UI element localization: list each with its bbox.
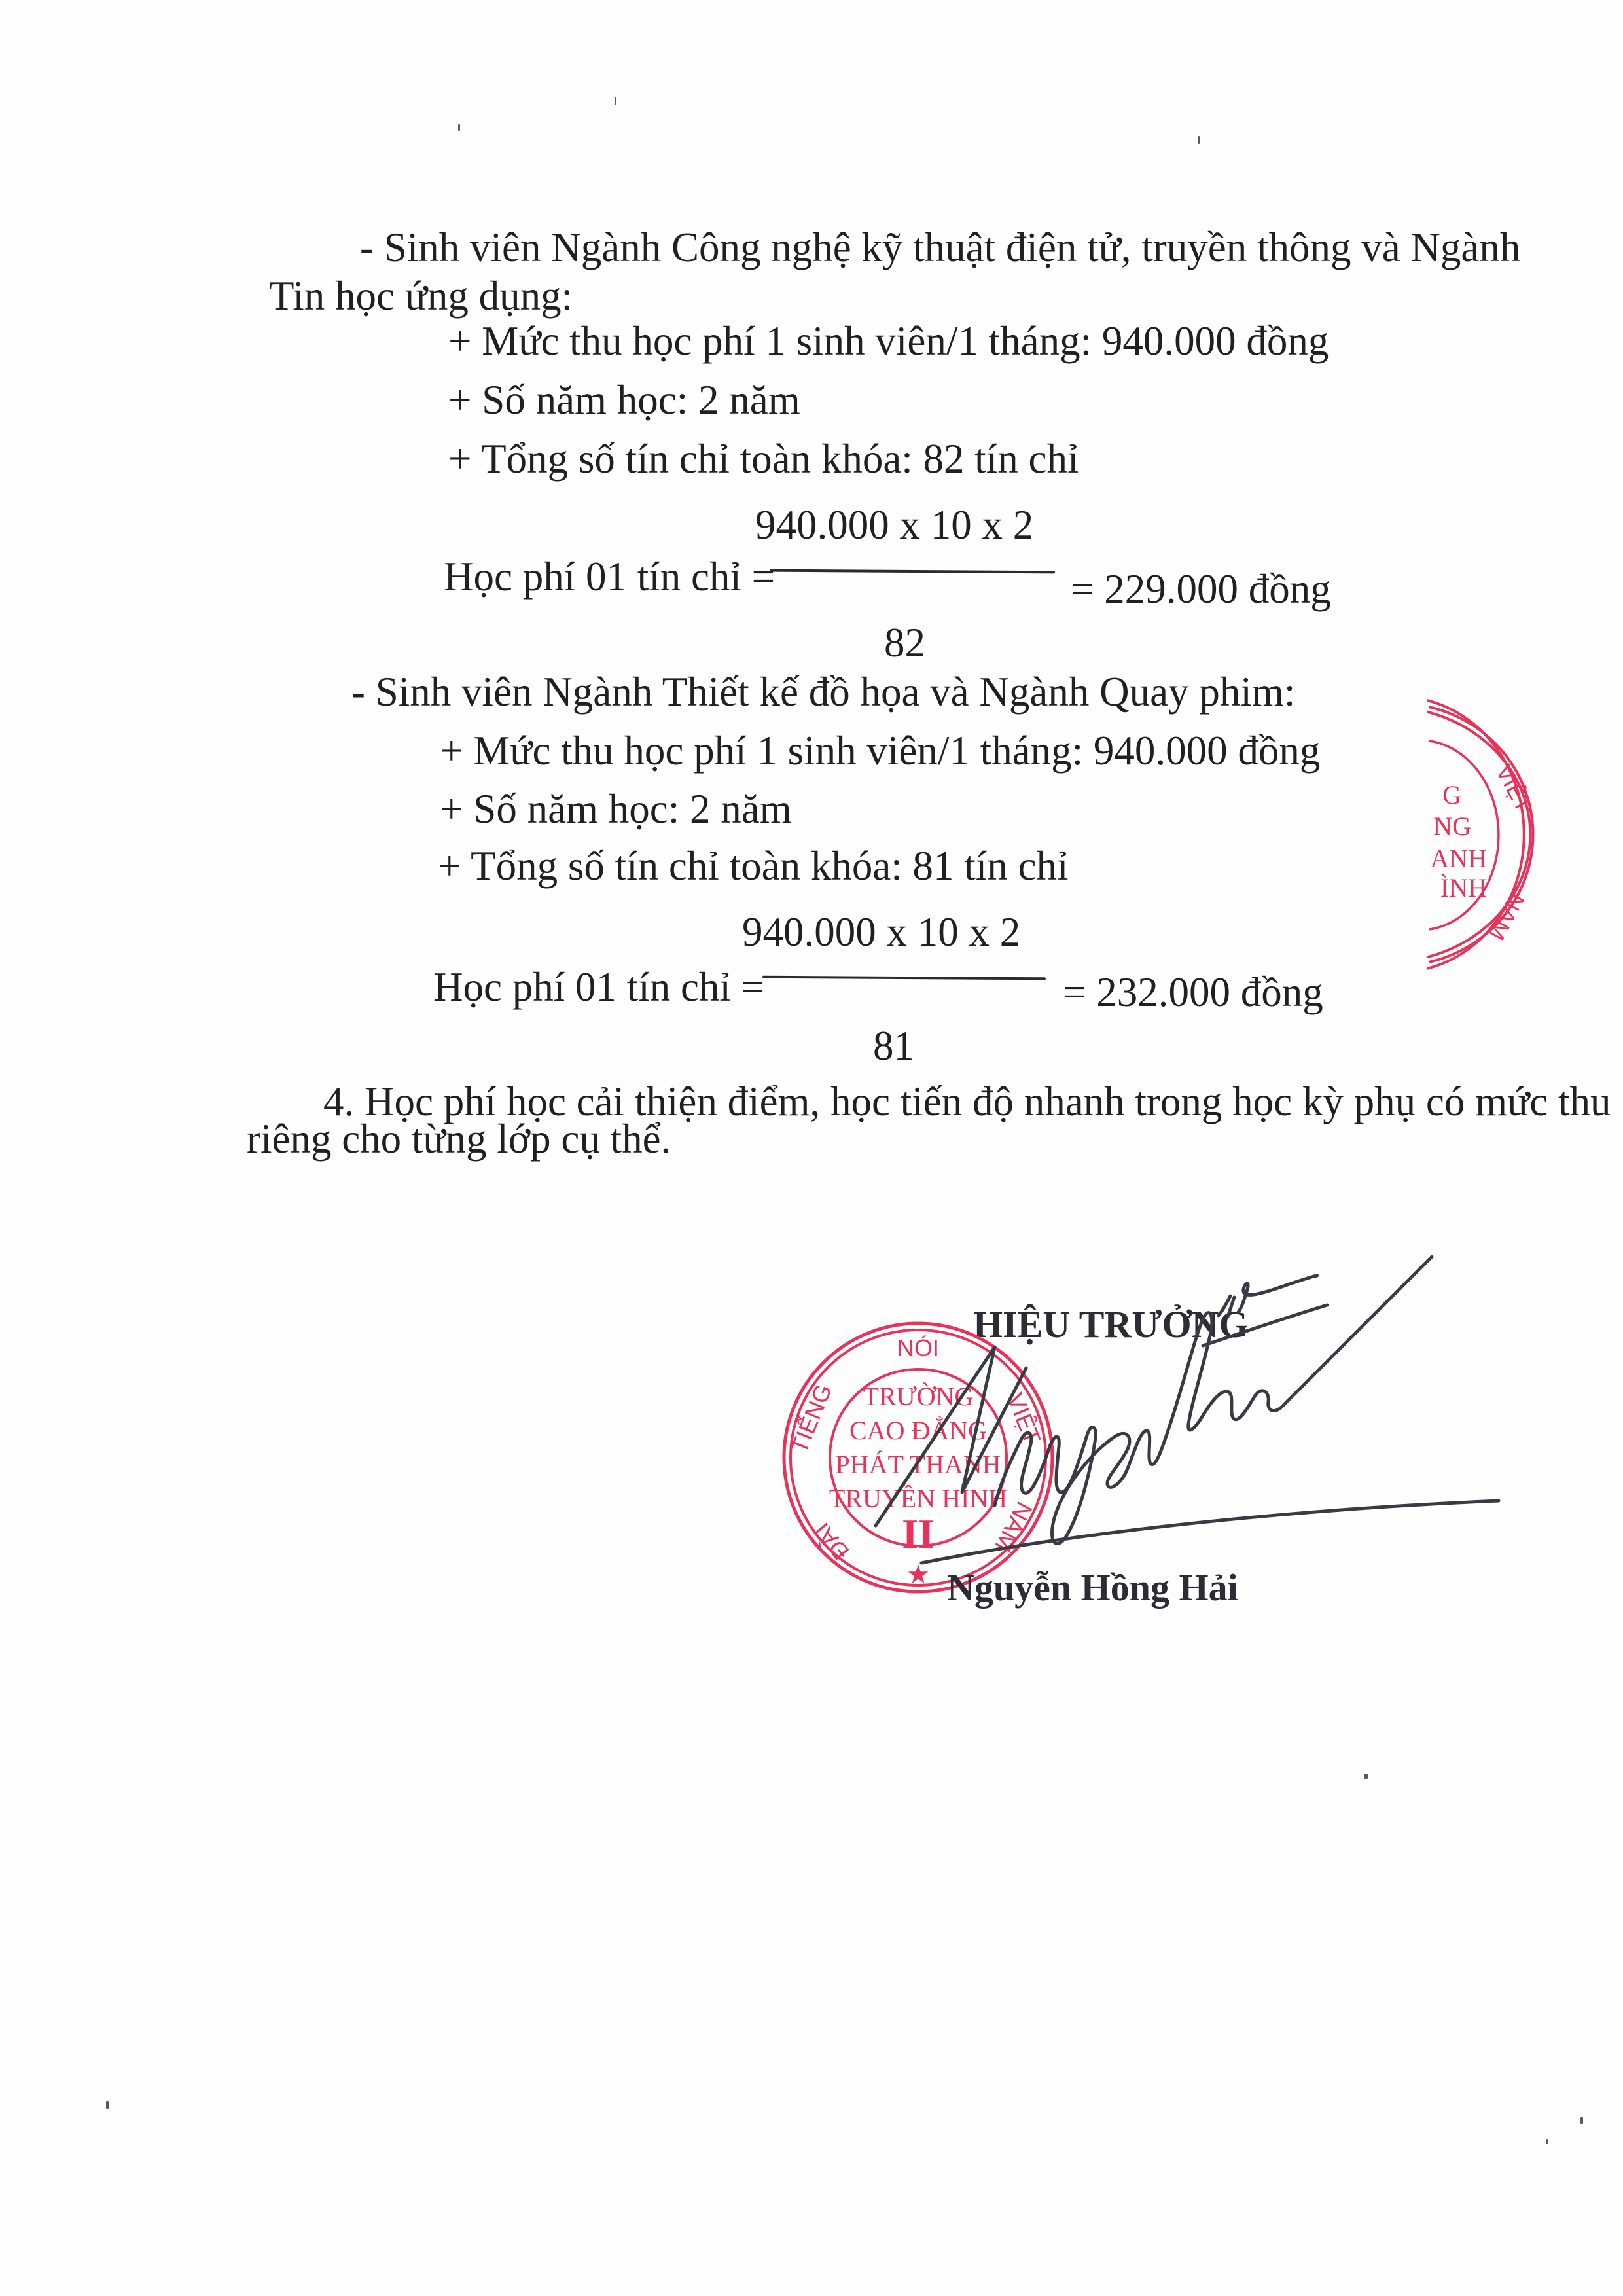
partial-seal-ring-word: NAM [1484,889,1529,944]
total-credits-item: + Tổng số tín chỉ toàn khóa: 82 tín chỉ [448,439,1079,480]
seal-center-line: TRUYỀN HÌNH [829,1484,1007,1513]
scan-speck [1364,1774,1368,1779]
seal-ring-word: NÓI [897,1335,939,1361]
seal-ring-word: TIẾNG [785,1380,837,1457]
formula-numerator: 940.000 x 10 x 2 [755,505,1033,546]
seal-center-line: CAO ĐẲNG [849,1416,987,1445]
scan-speck [106,2101,109,2109]
formula-result: = 232.000 đồng [1063,972,1323,1013]
seal-star-icon: ★ [906,1560,930,1589]
seal-ring-word: ĐÀI [808,1518,854,1565]
fee-per-month-item: + Mức thu học phí 1 sinh viên/1 tháng: 9… [448,321,1329,362]
scan-speck [1546,2139,1548,2144]
partial-seal-fragment: G [1442,780,1461,810]
scan-speck [458,124,460,131]
partial-seal-ring-word: VIỆT [1491,761,1536,817]
formula-denominator: 81 [873,1026,914,1067]
official-seal-stamp: ĐÀI TIẾNG NÓI VIỆT NAM ★ TRƯỜNG CAO ĐẲNG… [774,1314,1062,1602]
total-credits-item: + Tổng số tín chỉ toàn khóa: 81 tín chỉ [438,846,1069,887]
formula-denominator: 82 [884,622,925,664]
partial-seal-fragment: NG [1433,812,1471,841]
section-design-heading: - Sinh viên Ngành Thiết kế đồ họa và Ngà… [351,672,1295,713]
years-of-study-item: + Số năm học: 2 năm [448,380,800,421]
seal-center-line: PHÁT THANH [836,1450,1001,1479]
partial-seal-stamp: G NG ANH ÌNH VIỆT NAM [1427,681,1623,982]
formula-label: Học phí 01 tín chỉ = [433,967,764,1008]
formula-result: = 229.000 đồng [1071,569,1331,610]
scan-speck [1198,136,1200,144]
signer-name: Nguyễn Hồng Hải [947,1569,1238,1607]
section-electronics-heading: - Sinh viên Ngành Công nghệ kỹ thuật điệ… [269,227,1423,268]
section-electronics-heading-cont: Tin học ứng dụng: [269,276,573,317]
formula-label: Học phí 01 tín chỉ = [444,556,775,598]
partial-seal-fragment: ANH [1430,844,1487,873]
fraction-bar [762,976,1046,980]
scan-speck [1580,2117,1583,2124]
fraction-bar [770,569,1055,574]
partial-seal-fragment: ÌNH [1440,873,1487,903]
seal-center-line: II [902,1511,935,1557]
formula-numerator: 940.000 x 10 x 2 [742,912,1020,953]
clause-4-paragraph-cont: riêng cho từng lớp cụ thể. [247,1119,671,1160]
document-page: - Sinh viên Ngành Công nghệ kỹ thuật điệ… [0,0,1623,2296]
fee-per-month-item: + Mức thu học phí 1 sinh viên/1 tháng: 9… [440,730,1320,772]
years-of-study-item: + Số năm học: 2 năm [440,789,792,830]
scan-speck [615,97,616,105]
seal-center-line: TRƯỜNG [863,1382,974,1411]
